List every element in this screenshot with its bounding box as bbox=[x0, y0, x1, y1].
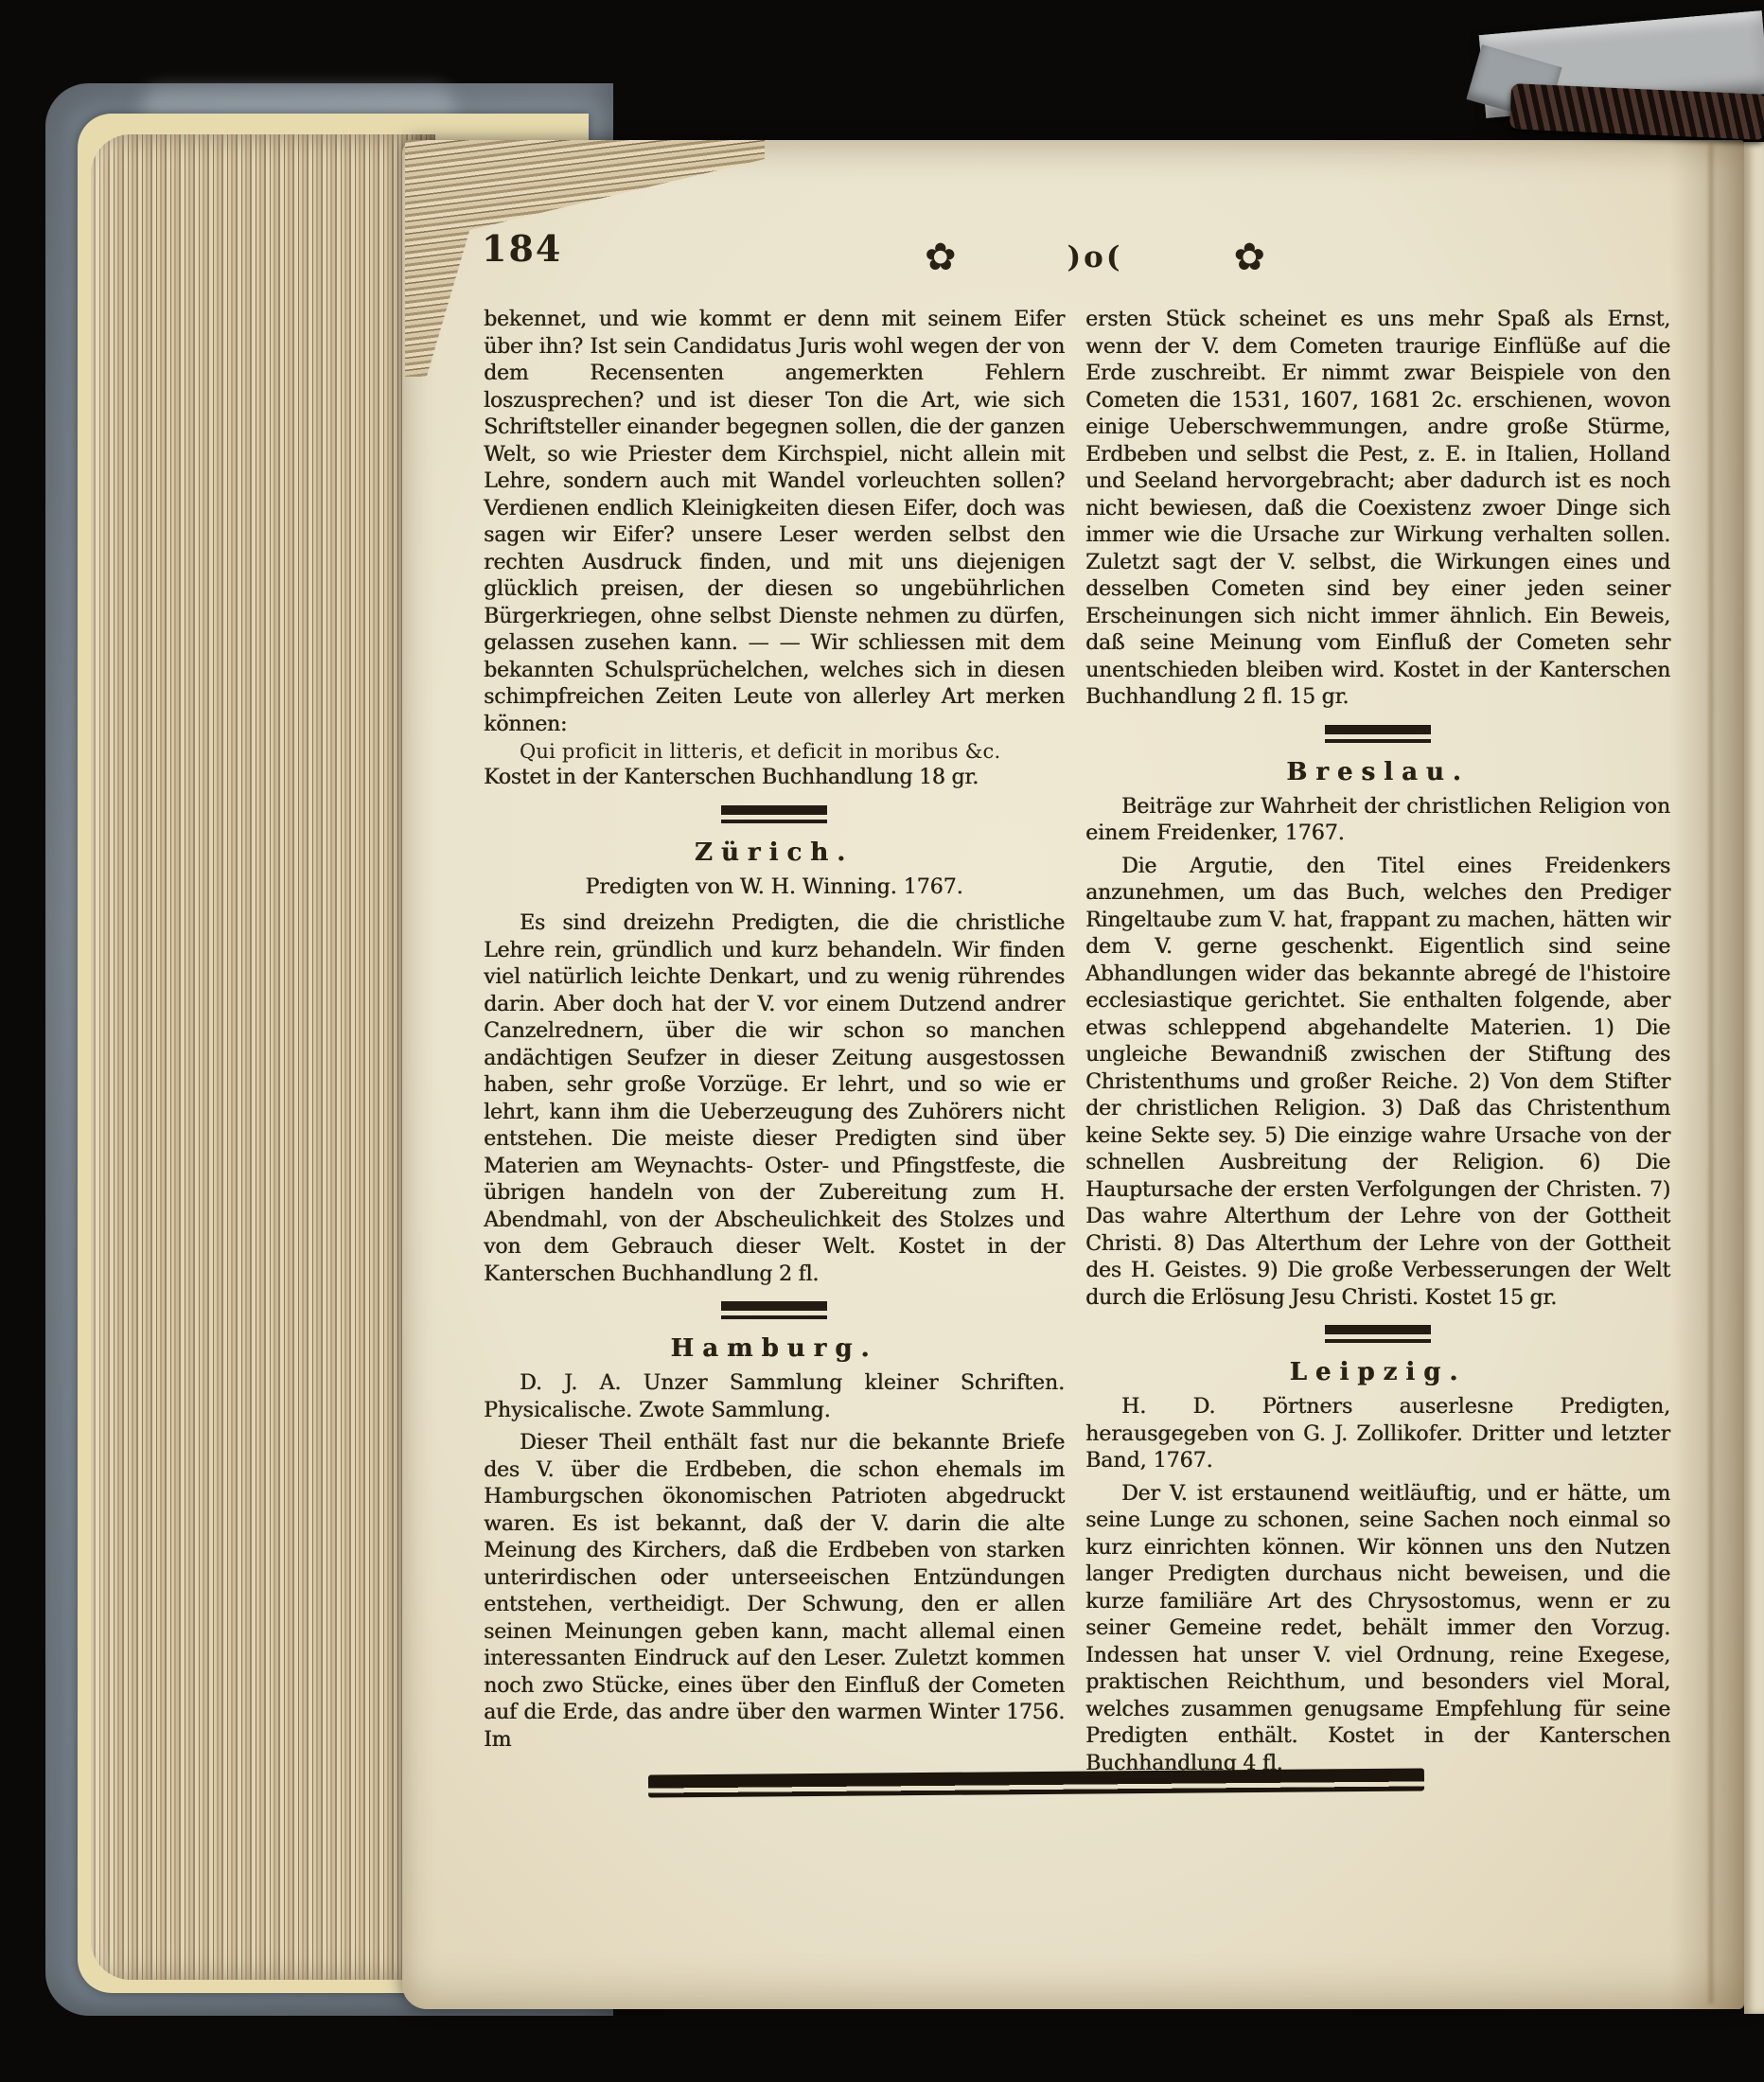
review-continuation-paragraph: bekennet, und wie kommt er denn mit sein… bbox=[484, 307, 1065, 738]
breslau-book-title: Beiträge zur Wahrheit der christlichen R… bbox=[1085, 794, 1670, 848]
page-number: 184 bbox=[482, 227, 562, 270]
hamburg-book-title: D. J. A. Unzer Sammlung kleiner Schrifte… bbox=[484, 1370, 1065, 1424]
page-edges-stack bbox=[91, 134, 435, 1980]
leipzig-review-paragraph: Der V. ist erstaunend weitläuftig, und e… bbox=[1085, 1481, 1670, 1778]
hamburg-review-paragraph: Dieser Theil enthält fast nur die bekann… bbox=[484, 1430, 1065, 1754]
cometen-review-paragraph: ersten Stück scheinet es uns mehr Spaß a… bbox=[1085, 307, 1670, 712]
column-right: ersten Stück scheinet es uns mehr Spaß a… bbox=[1085, 307, 1670, 1777]
section-heading-breslau: Breslau. bbox=[1085, 758, 1670, 786]
headband-braid bbox=[1509, 83, 1764, 140]
section-divider-rule bbox=[1325, 725, 1431, 743]
latin-quote-line: Qui proficit in litteris, et deficit in … bbox=[484, 738, 1065, 765]
section-heading-leipzig: Leipzig. bbox=[1085, 1358, 1670, 1386]
section-heading-hamburg: Hamburg. bbox=[484, 1334, 1065, 1363]
gutter-crease-line bbox=[1709, 144, 1713, 2003]
breslau-review-paragraph: Die Argutie, den Titel eines Freidenkers… bbox=[1085, 854, 1670, 1313]
book-page: 184 ✿ )o( ✿ bekennet, und wie kommt er d… bbox=[402, 140, 1744, 2009]
zurich-book-title: Predigten von W. H. Winning. 1767. bbox=[484, 874, 1065, 902]
book-scan-photo: 184 ✿ )o( ✿ bekennet, und wie kommt er d… bbox=[0, 0, 1764, 2082]
section-divider-rule bbox=[1325, 1325, 1431, 1343]
section-divider-rule bbox=[721, 805, 827, 823]
leipzig-book-title: H. D. Pörtners auserlesne Predigten, her… bbox=[1085, 1394, 1670, 1475]
price-line-18gr: Kostet in der Kanterschen Buchhandlung 1… bbox=[484, 765, 1065, 792]
shell-ornament-right-icon: ✿ bbox=[1233, 238, 1265, 276]
column-left: bekennet, und wie kommt er denn mit sein… bbox=[484, 307, 1065, 1754]
gutter-shadow bbox=[1670, 140, 1744, 2009]
shell-ornament-left-icon: ✿ bbox=[925, 238, 957, 276]
section-divider-rule bbox=[721, 1301, 827, 1319]
zurich-review-paragraph: Es sind dreizehn Predigten, die die chri… bbox=[484, 910, 1065, 1288]
facing-page-edge bbox=[1744, 142, 1764, 2014]
header-ornaments: ✿ )o( ✿ bbox=[925, 238, 1265, 276]
bottom-closing-rule bbox=[648, 1768, 1424, 1797]
section-heading-zurich: Zürich. bbox=[484, 838, 1065, 867]
printer-signature-mark: )o( bbox=[1067, 240, 1122, 274]
